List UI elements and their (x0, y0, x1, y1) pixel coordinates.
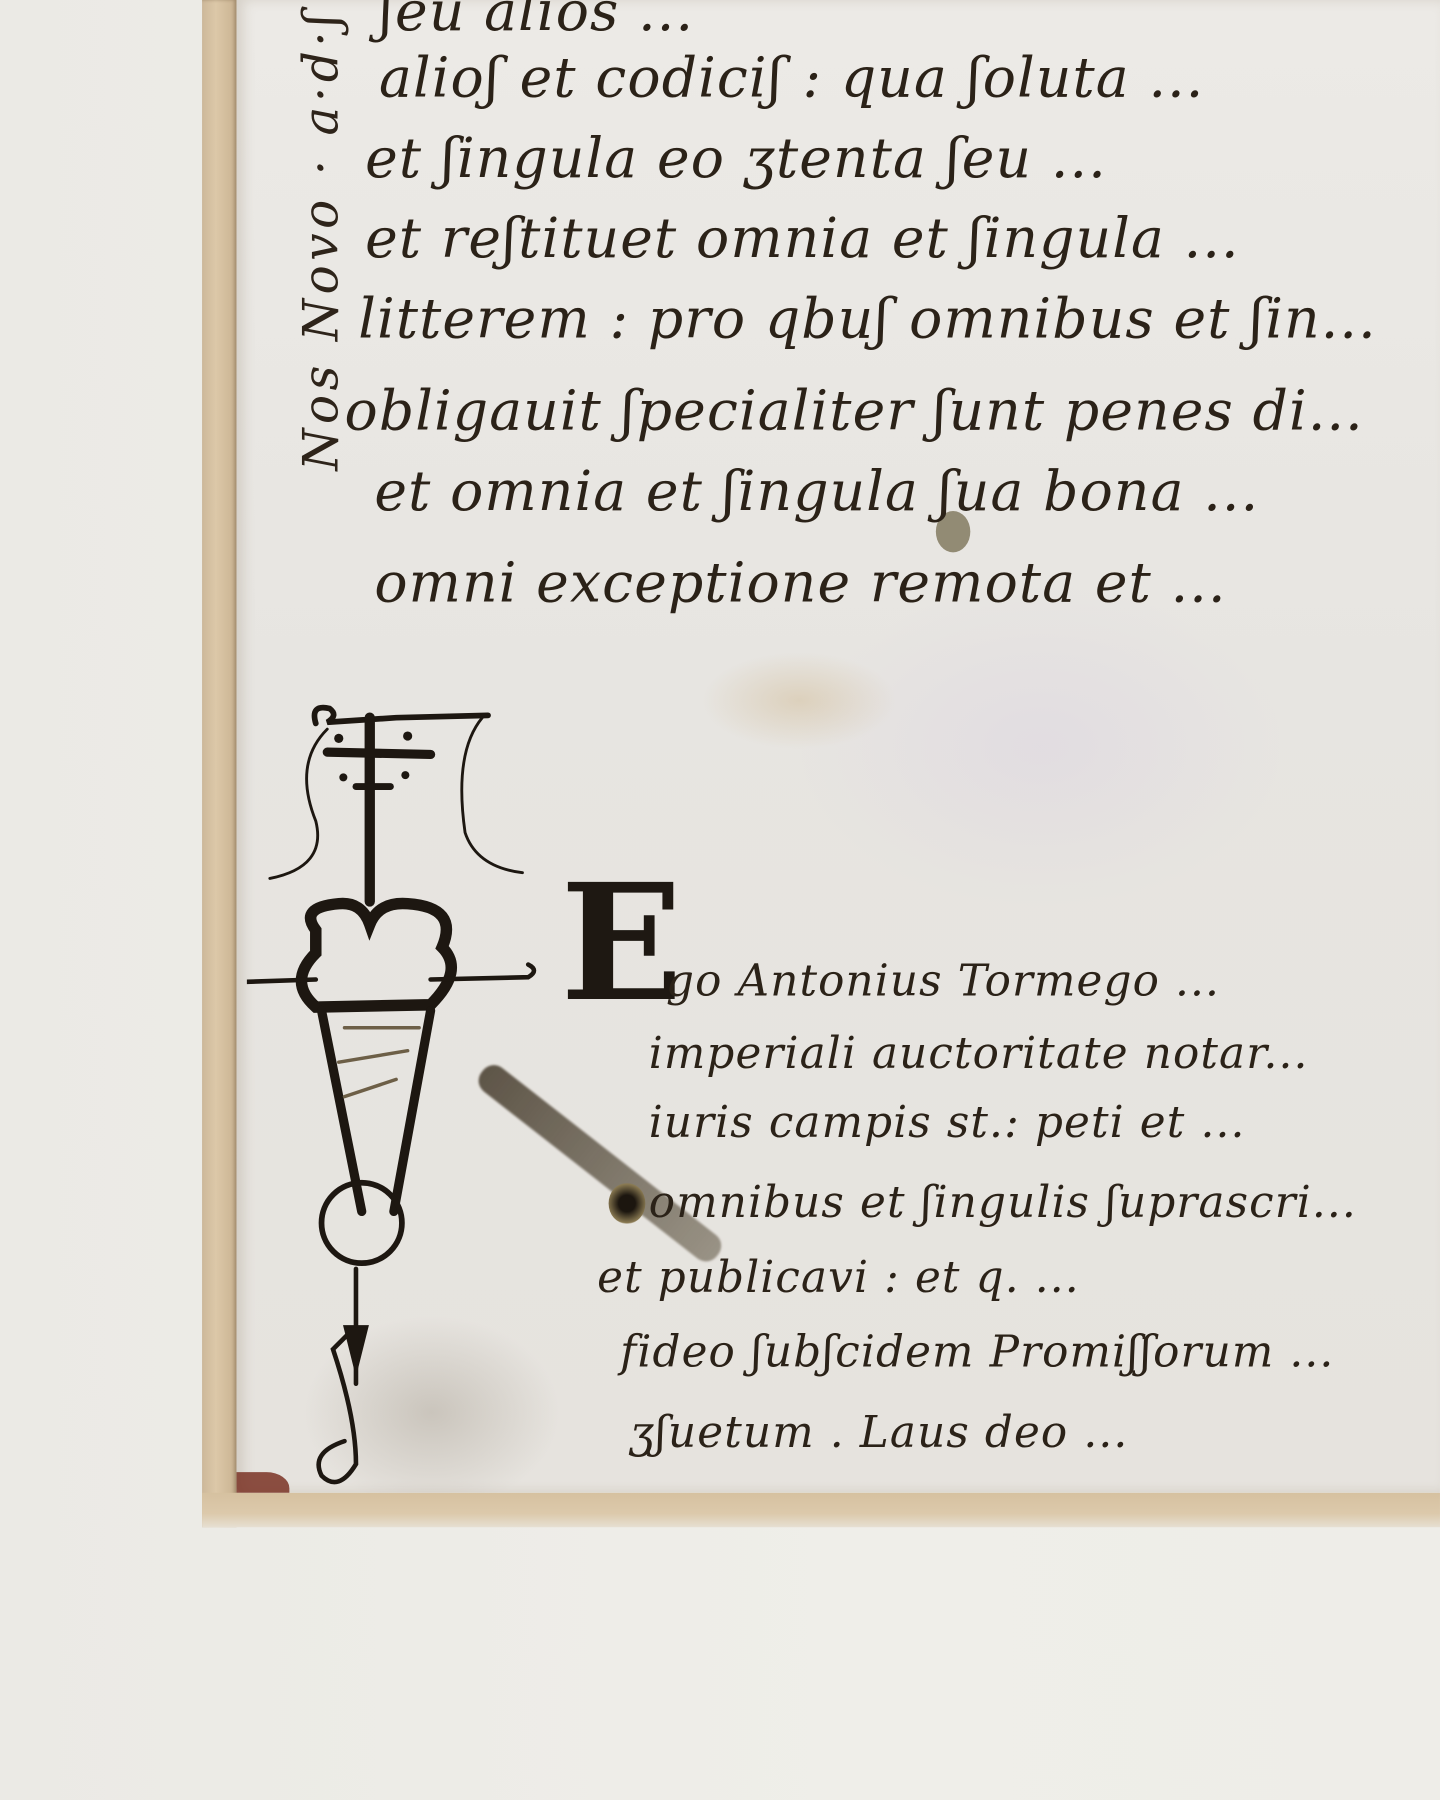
subscription-line: omnibus et ʃingulis ʃuprascri... (649, 1177, 1357, 1228)
mat-board-left-edge (202, 0, 236, 1527)
mat-board-bottom-edge (202, 1493, 1440, 1527)
margin-annotation: Nos Novo · a·d·ʃ (293, 0, 349, 471)
text-line: alioʃ et codiciʃ : qua ʃoluta ... (379, 46, 1205, 110)
decorated-initial: E (560, 864, 683, 1025)
text-line: ʃeu alios ... (379, 0, 694, 44)
subscription-line: ʒʃuetum . Laus deo ... (629, 1407, 1128, 1458)
text-line: obligauit ʃpecialiter ʃunt penes di... (344, 379, 1363, 443)
subscription-line: fideo ʃubʃcidem Promiʃʃorum ... (620, 1326, 1334, 1377)
subscription-line: go Antonius Tormego ... (666, 955, 1220, 1006)
ink-blot (609, 1183, 646, 1224)
text-line: litterem : pro qbuʃ omnibus et ʃin... (358, 287, 1377, 351)
text-line: omni exceptione remota et ... (374, 551, 1226, 615)
text-line: et reʃtituet omnia et ʃingula ... (365, 207, 1240, 271)
subscription-line: iuris campis st.: peti et ... (649, 1097, 1246, 1148)
text-line: et ʃingula eo ʒtenta ʃeu ... (365, 126, 1107, 190)
subscription-line: imperiali auctoritate notar... (649, 1028, 1309, 1079)
text-line: et omnia et ʃingula ʃua bona ... (374, 459, 1259, 523)
subscription-line: et publicavi : et q. ... (597, 1252, 1080, 1303)
photo-stage: Nos Novo · a·d·ʃ ʃeu alios ... alioʃ et … (0, 0, 1440, 1800)
